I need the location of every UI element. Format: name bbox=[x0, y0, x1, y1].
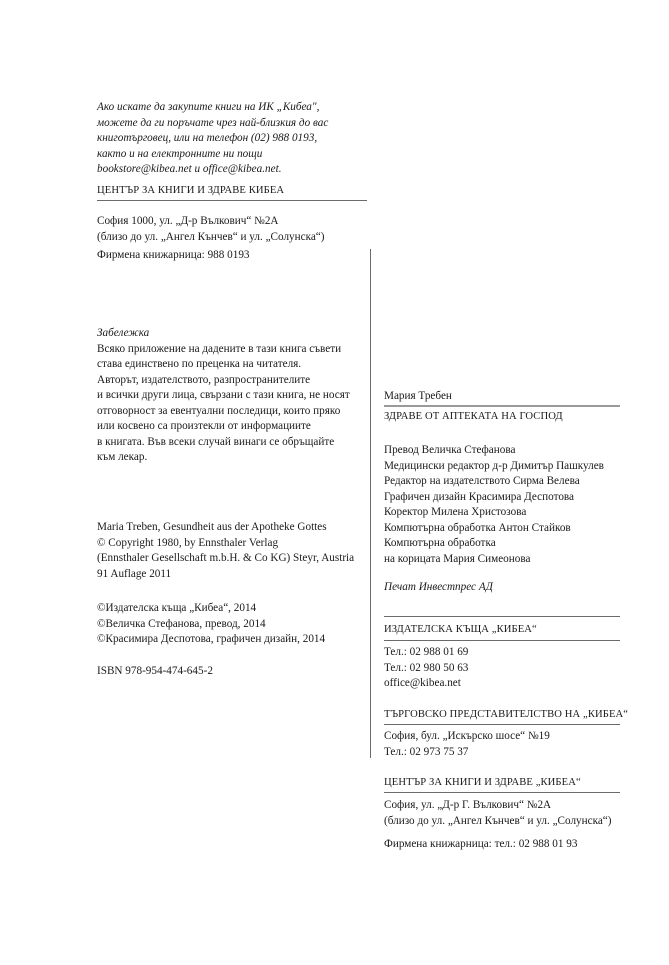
disclaimer: Забележка Всяко приложение на дадените в… bbox=[97, 326, 350, 466]
divider bbox=[384, 616, 620, 617]
credit-line: Компютърна обработка Антон Стайков bbox=[384, 521, 604, 537]
order-info-line: можете да ги поръчате чрез най-близкия д… bbox=[97, 116, 328, 132]
original-line: 91 Auflage 2011 bbox=[97, 567, 354, 583]
disclaimer-line: отговорност за евентуални последици, кои… bbox=[97, 404, 350, 420]
printing-house: Печат Инвестпрес АД bbox=[384, 580, 493, 596]
divider bbox=[384, 405, 620, 407]
credit-line: Редактор на издателството Сирма Велева bbox=[384, 474, 604, 490]
credit-line: Превод Величка Стефанова bbox=[384, 443, 604, 459]
address-line: (близо до ул. „Ангел Кънчев“ и ул. „Солу… bbox=[97, 230, 325, 246]
column-divider bbox=[370, 249, 371, 758]
contact-line: София, бул. „Искърско шосе“ №19 bbox=[384, 729, 550, 745]
credit-line: Медицински редактор д-р Димитър Пашкулев bbox=[384, 459, 604, 475]
copyright-line: ©Красимира Деспотова, графичен дизайн, 2… bbox=[97, 632, 325, 648]
contact-line: Тел.: 02 980 50 63 bbox=[384, 661, 468, 677]
book-title: ЗДРАВЕ ОТ АПТЕКАТА НА ГОСПОД bbox=[384, 409, 563, 425]
left-center-heading: ЦЕНТЪР ЗА КНИГИ И ЗДРАВЕ КИБЕА bbox=[97, 183, 284, 199]
disclaimer-line: Авторът, издателството, разпространители… bbox=[97, 373, 350, 389]
order-info-line: книготърговец, или на телефон (02) 988 0… bbox=[97, 131, 328, 147]
divider bbox=[384, 640, 620, 641]
contact-line: Тел.: 02 988 01 69 bbox=[384, 645, 468, 661]
left-center-address: София 1000, ул. „Д-р Вълкович“ №2А (близ… bbox=[97, 214, 325, 245]
divider bbox=[97, 200, 367, 201]
credit-line: Коректор Милена Христозова bbox=[384, 505, 604, 521]
right-center-heading: ЦЕНТЪР ЗА КНИГИ И ЗДРАВЕ „КИБЕА“ bbox=[384, 775, 581, 791]
author-name: Мария Требен bbox=[384, 389, 452, 405]
publisher-heading: ИЗДАТЕЛСКА КЪЩА „КИБЕА“ bbox=[384, 622, 537, 638]
left-bookstore-phone: Фирмена книжарница: 988 0193 bbox=[97, 248, 250, 264]
divider bbox=[384, 792, 620, 793]
address-line: София 1000, ул. „Д-р Вълкович“ №2А bbox=[97, 214, 325, 230]
contact-email: office@kibea.net bbox=[384, 676, 468, 692]
disclaimer-line: става единствено по преценка на читателя… bbox=[97, 357, 350, 373]
original-line: Maria Treben, Gesundheit aus der Apothek… bbox=[97, 520, 354, 536]
disclaimer-title: Забележка bbox=[97, 326, 350, 342]
right-bookstore-phone: Фирмена книжарница: тел.: 02 988 01 93 bbox=[384, 837, 577, 853]
copyright-line: ©Величка Стефанова, превод, 2014 bbox=[97, 617, 325, 633]
isbn: ISBN 978-954-474-645-2 bbox=[97, 664, 213, 680]
credit-line: на корицата Мария Симеонова bbox=[384, 552, 604, 568]
trade-heading: ТЪРГОВСКО ПРЕДСТАВИТЕЛСТВО НА „КИБЕА“ bbox=[384, 707, 628, 723]
disclaimer-line: или косвено са произтекли от информациит… bbox=[97, 419, 350, 435]
copyrights: ©Издателска къща „Кибеа“, 2014 ©Величка … bbox=[97, 601, 325, 648]
right-center-address: София, ул. „Д-р Г. Вълкович“ №2А (близо … bbox=[384, 798, 612, 829]
copyright-line: ©Издателска къща „Кибеа“, 2014 bbox=[97, 601, 325, 617]
credit-line: Компютърна обработка bbox=[384, 536, 604, 552]
order-info-line: както и на електронните ни пощи bbox=[97, 147, 328, 163]
disclaimer-line: в книгата. Във всеки случай винаги се об… bbox=[97, 435, 350, 451]
original-line: © Copyright 1980, by Ennsthaler Verlag bbox=[97, 536, 354, 552]
publisher-contacts: Тел.: 02 988 01 69 Тел.: 02 980 50 63 of… bbox=[384, 645, 468, 692]
disclaimer-line: към лекар. bbox=[97, 450, 350, 466]
credits: Превод Величка Стефанова Медицински реда… bbox=[384, 443, 604, 567]
disclaimer-line: Всяко приложение на дадените в тази книг… bbox=[97, 342, 350, 358]
trade-contacts: София, бул. „Искърско шосе“ №19 Тел.: 02… bbox=[384, 729, 550, 760]
order-info: Ако искате да закупите книги на ИК „Кибе… bbox=[97, 100, 328, 178]
address-line: София, ул. „Д-р Г. Вълкович“ №2А bbox=[384, 798, 612, 814]
original-edition: Maria Treben, Gesundheit aus der Apothek… bbox=[97, 520, 354, 582]
order-info-line: bookstore@kibea.net и office@kibea.net. bbox=[97, 162, 328, 178]
contact-line: Тел.: 02 973 75 37 bbox=[384, 745, 550, 761]
address-line: (близо до ул. „Ангел Кънчев“ и ул. „Солу… bbox=[384, 814, 612, 830]
credit-line: Графичен дизайн Красимира Деспотова bbox=[384, 490, 604, 506]
original-line: (Ennsthaler Gesellschaft m.b.H. & Co KG)… bbox=[97, 551, 354, 567]
order-info-line: Ако искате да закупите книги на ИК „Кибе… bbox=[97, 100, 328, 116]
divider bbox=[384, 724, 620, 725]
disclaimer-line: и всички други лица, свързани с тази кни… bbox=[97, 388, 350, 404]
